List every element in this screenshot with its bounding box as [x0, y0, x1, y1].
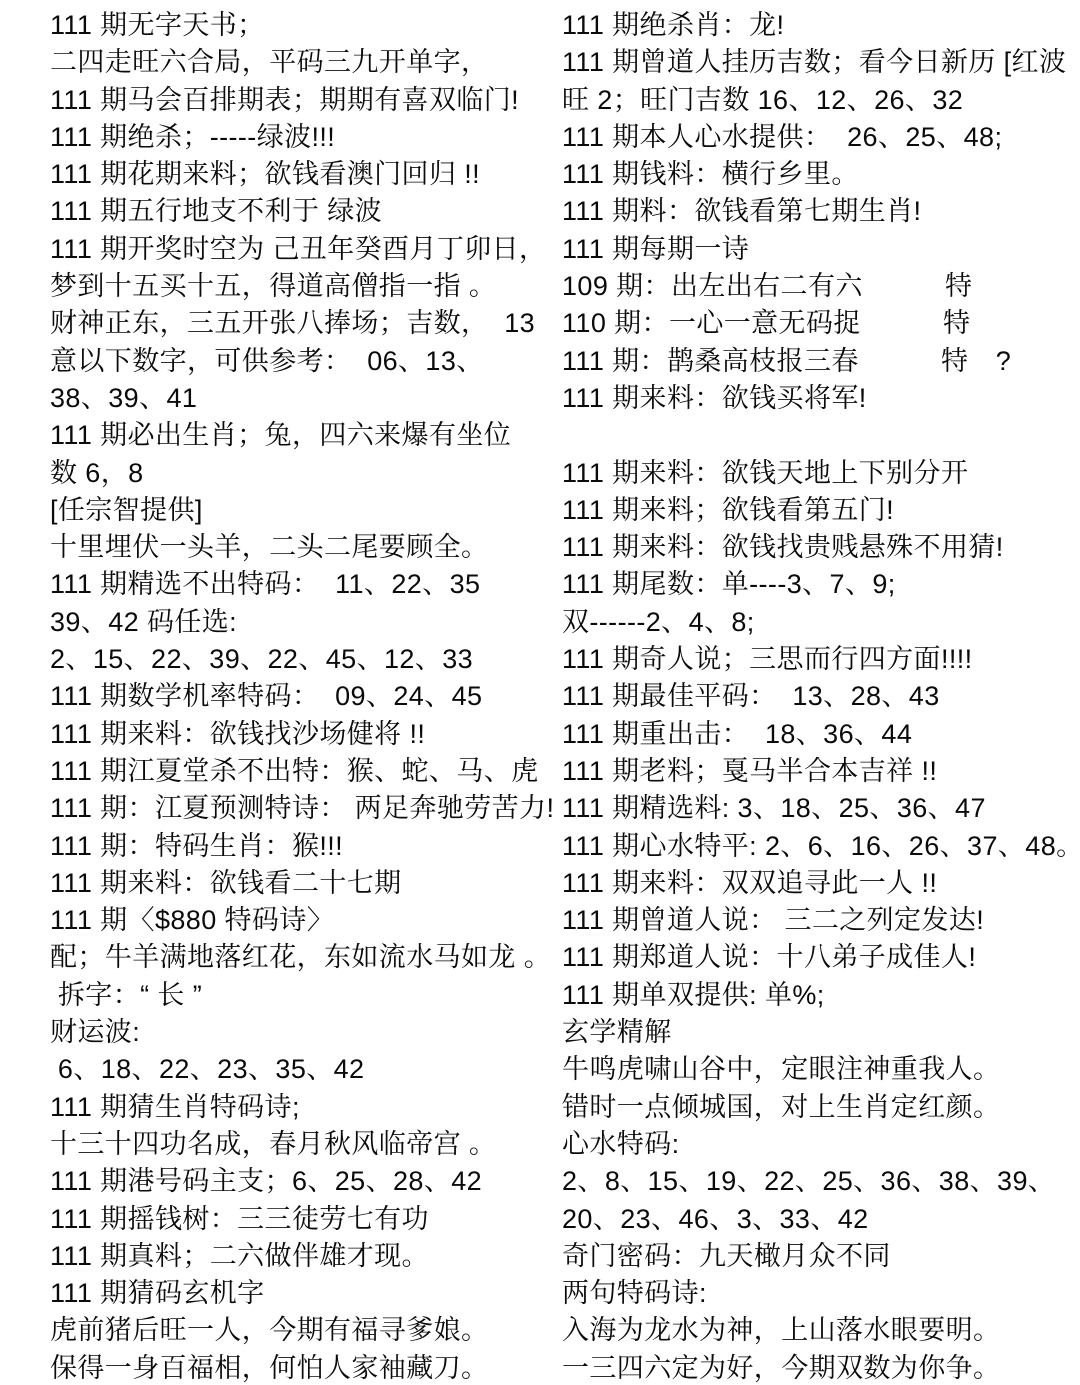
text-line: 2、15、22、39、22、45、12、33: [50, 641, 552, 678]
text-line: 111 期：江夏预测特诗： 两足奔驰劳苦力!: [50, 790, 552, 827]
text-line: 111 期曾道人说： 三二之列定发达!: [562, 902, 1074, 939]
text-line: 财运波:: [50, 1014, 552, 1051]
text-line: 111 期猜生肖特码诗;: [50, 1089, 552, 1126]
text-line: 十三十四功名成，春月秋风临帝宫 。: [50, 1126, 552, 1163]
text-line: 111 期猜码玄机字: [50, 1275, 552, 1312]
text-line: 20、23、46、3、33、42: [562, 1201, 1074, 1238]
text-line: 错时一点倾城国，对上生肖定红颜。: [562, 1089, 1074, 1126]
text-line: 111 期摇钱树：三三徒劳七有功: [50, 1201, 552, 1238]
text-line: 111 期精选料: 3、18、25、36、47: [562, 790, 1074, 827]
text-line: 数 6，8: [50, 455, 552, 492]
text-line: 111 期尾数：单----3、7、9;: [562, 566, 1074, 603]
text-line: 111 期五行地支不利于 绿波: [50, 193, 552, 230]
right-text-column: 111 期绝杀肖：龙!111 期曾道人挂历吉数；看今日新历 [红波旺 2；旺门吉…: [562, 7, 1074, 1385]
text-line: 111 期来料：欲钱看二十七期: [50, 865, 552, 902]
text-line: 111 期无字天书；: [50, 7, 552, 44]
text-line: 奇门密码：九天橄月众不同: [562, 1238, 1074, 1275]
left-text-column: 111 期无字天书；二四走旺六合局，平码三九开单字，111 期马会百排期表；期期…: [50, 7, 552, 1385]
text-line: 111 期心水特平: 2、6、16、26、37、48。: [562, 828, 1074, 865]
text-line: 111 期江夏堂杀不出特：猴、蛇、马、虎: [50, 753, 552, 790]
document-page: 111 期无字天书；二四走旺六合局，平码三九开单字，111 期马会百排期表；期期…: [0, 0, 1080, 1385]
text-line: 111 期来料：欲钱买将军!: [562, 380, 1074, 417]
text-line: 保得一身百福相，何怕人家袖藏刀。: [50, 1350, 552, 1385]
text-line: 两句特码诗:: [562, 1275, 1074, 1312]
text-line: [任宗智提供]: [50, 492, 552, 529]
text-line: 6、18、22、23、35、42: [50, 1051, 552, 1088]
text-line: 111 期最佳平码： 13、28、43: [562, 678, 1074, 715]
text-line: 109 期：出左出右二有六 特: [562, 268, 1074, 305]
text-line: 111 期来料；欲钱看第五门!: [562, 492, 1074, 529]
text-line: 2、8、15、19、22、25、36、38、39、: [562, 1163, 1074, 1200]
text-line: 旺 2；旺门吉数 16、12、26、32: [562, 82, 1074, 119]
text-line: 111 期数学机率特码： 09、24、45: [50, 678, 552, 715]
text-line: 111 期绝杀肖：龙!: [562, 7, 1074, 44]
text-line: 111 期：鹊桑高枝报三春 特 ?: [562, 343, 1074, 380]
text-line: 111 期〈$880 特码诗〉: [50, 902, 552, 939]
text-line: [562, 417, 1074, 454]
text-line: 111 期开奖时空为 己丑年癸酉月丁卯日，: [50, 231, 552, 268]
text-line: 111 期奇人说；三思而行四方面!!!!: [562, 641, 1074, 678]
text-line: 111 期：特码生肖：猴!!!: [50, 828, 552, 865]
text-line: 111 期花期来料；欲钱看澳门回归 !!: [50, 156, 552, 193]
text-line: 111 期必出生肖；兔，四六来爆有坐位: [50, 417, 552, 454]
text-line: 111 期单双提供: 单%;: [562, 977, 1074, 1014]
text-line: 二四走旺六合局，平码三九开单字，: [50, 44, 552, 81]
text-line: 111 期真料；二六做伴雄才现。: [50, 1238, 552, 1275]
text-line: 双------2、4、8;: [562, 604, 1074, 641]
text-line: 虎前猪后旺一人，今期有福寻爹娘。: [50, 1312, 552, 1349]
text-line: 111 期本人心水提供： 26、25、48;: [562, 119, 1074, 156]
text-line: 入海为龙水为神，上山落水眼要明。: [562, 1312, 1074, 1349]
text-line: 111 期绝杀；-----绿波!!!: [50, 119, 552, 156]
text-line: 配；牛羊满地落红花，东如流水马如龙 。: [50, 939, 552, 976]
text-line: 111 期来料：双双追寻此一人 !!: [562, 865, 1074, 902]
text-line: 111 期郑道人说：十八弟子成佳人!: [562, 939, 1074, 976]
text-line: 111 期重出击： 18、36、44: [562, 716, 1074, 753]
text-line: 心水特码:: [562, 1126, 1074, 1163]
text-line: 111 期每期一诗: [562, 231, 1074, 268]
text-line: 梦到十五买十五，得道高僧指一指 。: [50, 268, 552, 305]
text-line: 玄学精解: [562, 1014, 1074, 1051]
text-line: 意以下数字，可供参考： 06、13、: [50, 343, 552, 380]
text-line: 111 期曾道人挂历吉数；看今日新历 [红波: [562, 44, 1074, 81]
text-line: 39、42 码任选:: [50, 604, 552, 641]
text-line: 拆字：“ 长 ”: [50, 977, 552, 1014]
text-line: 111 期老料；戛马半合本吉祥 !!: [562, 753, 1074, 790]
text-line: 111 期港号码主支；6、25、28、42: [50, 1163, 552, 1200]
text-line: 110 期：一心一意无码捉 特: [562, 305, 1074, 342]
text-line: 111 期马会百排期表；期期有喜双临门!: [50, 82, 552, 119]
text-line: 十里埋伏一头羊，二头二尾要顾全。: [50, 529, 552, 566]
text-line: 111 期来料：欲钱天地上下别分开: [562, 455, 1074, 492]
text-line: 111 期精选不出特码： 11、22、35: [50, 566, 552, 603]
text-line: 牛鸣虎啸山谷中，定眼注神重我人。: [562, 1051, 1074, 1088]
text-line: 111 期钱料：横行乡里。: [562, 156, 1074, 193]
text-line: 111 期料：欲钱看第七期生肖!: [562, 193, 1074, 230]
text-line: 财神正东，三五开张八捧场；吉数， 13: [50, 305, 552, 342]
text-line: 111 期来料：欲钱找贵贱悬殊不用猜!: [562, 529, 1074, 566]
text-line: 38、39、41: [50, 380, 552, 417]
text-line: 111 期来料：欲钱找沙场健将 !!: [50, 716, 552, 753]
text-line: 一三四六定为好，今期双数为你争。: [562, 1350, 1074, 1385]
